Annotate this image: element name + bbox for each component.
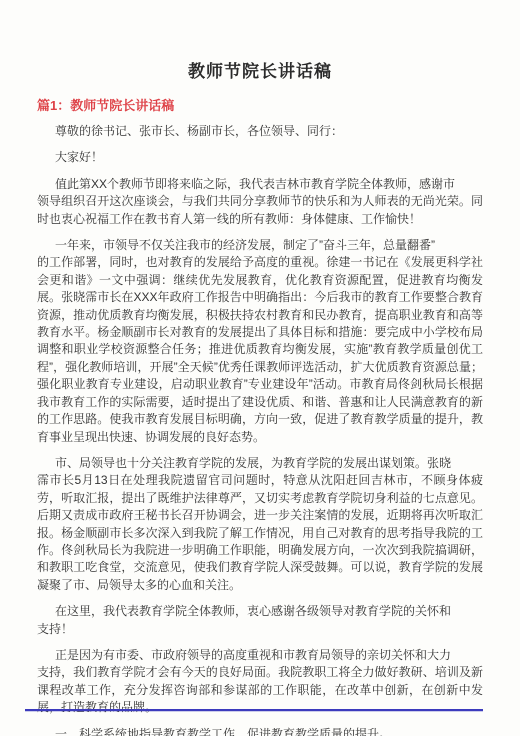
paragraph: 值此第XX个教师节即将来临之际，我代表吉林市教育学院全体教师，感谢市 领导组织召… bbox=[37, 176, 483, 228]
page-title: 教师节院长讲话稿 bbox=[0, 0, 520, 84]
paragraph: 市、局领导也十分关注教育学院的发展，为教育学院的发展出谋划策。张晓 霈市长5月1… bbox=[37, 455, 483, 594]
bottom-divider-line bbox=[25, 709, 483, 711]
section-heading: 篇1：教师节院长讲话稿 bbox=[37, 98, 483, 114]
paragraph: 在这里，我代表教育学院全体教师，衷心感谢各级领导对教育学院的关怀和 支持！ bbox=[37, 603, 483, 638]
document-body: 尊敬的徐书记、张市长、杨副市长，各位领导、同行：大家好！值此第XX个教师节即将来… bbox=[37, 123, 483, 736]
document-page: 教师节院长讲话稿 篇1：教师节院长讲话稿 尊敬的徐书记、张市长、杨副市长，各位领… bbox=[0, 0, 520, 736]
paragraph: 一、科学系统地指导教育教学工作，促进教育教学质量的提升。 bbox=[37, 726, 483, 736]
paragraph: 一年来，市领导不仅关注我市的经济发展，制定了”奋斗三年，总量翻番” 的工作部署，… bbox=[37, 237, 483, 446]
paragraph: 尊敬的徐书记、张市长、杨副市长，各位领导、同行： bbox=[37, 123, 483, 140]
paragraph: 大家好！ bbox=[37, 149, 483, 166]
paragraph: 正是因为有市委、市政府领导的高度重视和市教育局领导的亲切关怀和大力 支持，我们教… bbox=[37, 647, 483, 717]
